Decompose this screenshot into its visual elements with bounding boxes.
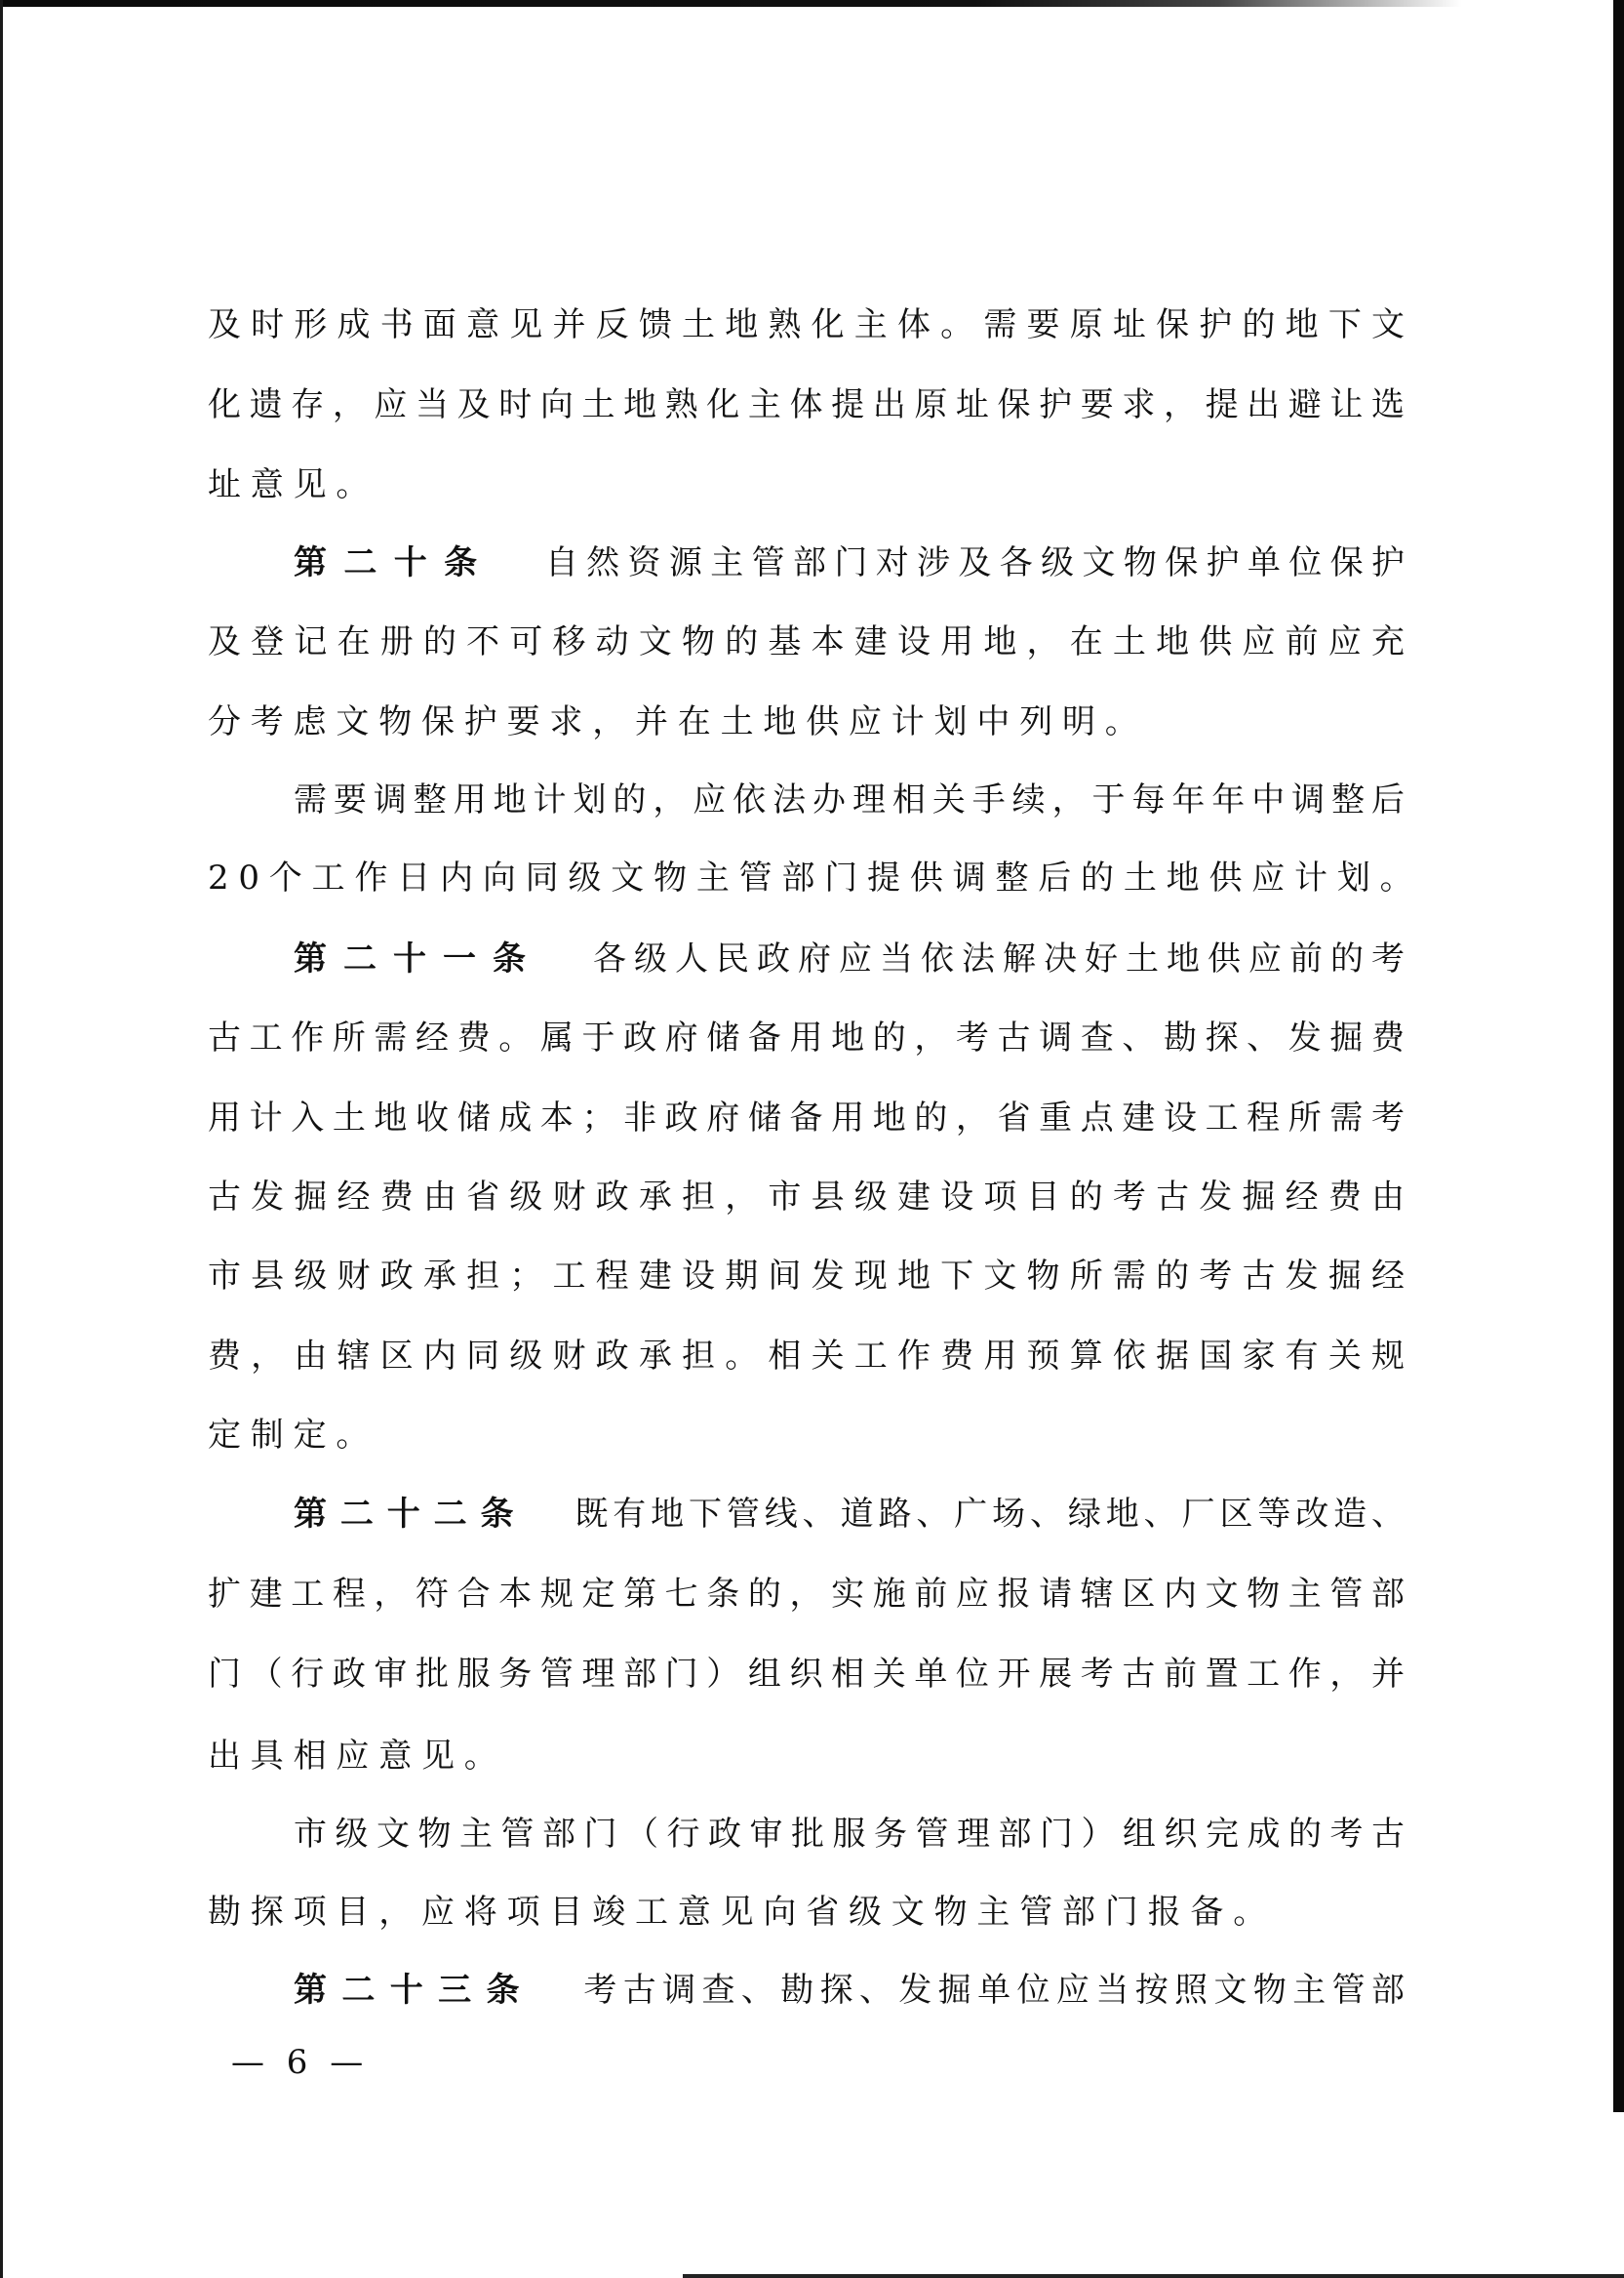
text-line: 需要调整用地计划的，应依法办理相关手续，于每年年中调整后: [208, 779, 1405, 821]
text-line: 分考虑文物保护要求，并在土地供应计划中列明。: [208, 700, 1405, 743]
article-text: 自然资源主管部门对涉及各级文物保护单位保护: [536, 543, 1405, 582]
text-line: 市县级财政承担；工程建设期间发现地下文物所需的考古发掘经: [208, 1255, 1405, 1298]
article-text: 既有地下管线、道路、广场、绿地、厂区等改造、: [570, 1495, 1405, 1534]
text-line: 及登记在册的不可移动文物的基本建设用地，在土地供应前应充: [208, 620, 1405, 663]
text-line: 扩建工程，符合本规定第七条的，实施前应报请辖区内文物主管部: [208, 1573, 1405, 1616]
text-line: 化遗存，应当及时向土地熟化主体提出原址保护要求，提出避让选: [208, 383, 1405, 426]
article-text: 各级人民政府应当依法解决好土地供应前的考: [585, 939, 1405, 979]
text-line: 勘探项目，应将项目竣工意见向省级文物主管部门报备。: [208, 1891, 1405, 1934]
page-number: — 6 —: [231, 2043, 369, 2082]
article-20-first-line: 第二十条自然资源主管部门对涉及各级文物保护单位保护: [208, 541, 1405, 584]
text-line: 市级文物主管部门（行政审批服务管理部门）组织完成的考古: [208, 1813, 1405, 1856]
scan-edge-right: [1613, 0, 1624, 2112]
article-23-first-line: 第二十三条考古调查、勘探、发掘单位应当按照文物主管部: [208, 1969, 1405, 2012]
article-22-first-line: 第二十二条既有地下管线、道路、广场、绿地、厂区等改造、: [208, 1493, 1405, 1536]
text-line: 古工作所需经费。属于政府储备用地的，考古调查、勘探、发掘费: [208, 1017, 1405, 1059]
text-line: 费，由辖区内同级财政承担。相关工作费用预算依据国家有关规: [208, 1335, 1405, 1378]
scan-edge-top: [0, 0, 1624, 7]
text-line: 定制定。: [208, 1414, 1405, 1457]
article-heading: 第二十条: [294, 543, 494, 582]
article-heading: 第二十二条: [294, 1495, 527, 1534]
article-text: 考古调查、勘探、发掘单位应当按照文物主管部: [577, 1971, 1405, 2010]
scan-edge-bottom: [683, 2274, 1624, 2278]
text-line: 20个工作日内向同级文物主管部门提供调整后的土地供应计划。: [208, 857, 1405, 899]
article-heading: 第二十三条: [294, 1971, 535, 2010]
text-line: 及时形成书面意见并反馈土地熟化主体。需要原址保护的地下文: [208, 303, 1405, 346]
text-line: 门（行政审批服务管理部门）组织相关单位开展考古前置工作，并: [208, 1653, 1405, 1696]
text-line: 用计入土地收储成本；非政府储备用地的，省重点建设工程所需考: [208, 1097, 1405, 1139]
text-line: 出具相应意见。: [208, 1735, 1405, 1778]
article-21-first-line: 第二十一条各级人民政府应当依法解决好土地供应前的考: [208, 938, 1405, 980]
article-heading: 第二十一条: [294, 939, 542, 979]
scan-edge-left: [0, 0, 3, 2278]
text-line: 址意见。: [208, 463, 1405, 506]
text-line: 古发掘经费由省级财政承担，市县级建设项目的考古发掘经费由: [208, 1176, 1405, 1219]
